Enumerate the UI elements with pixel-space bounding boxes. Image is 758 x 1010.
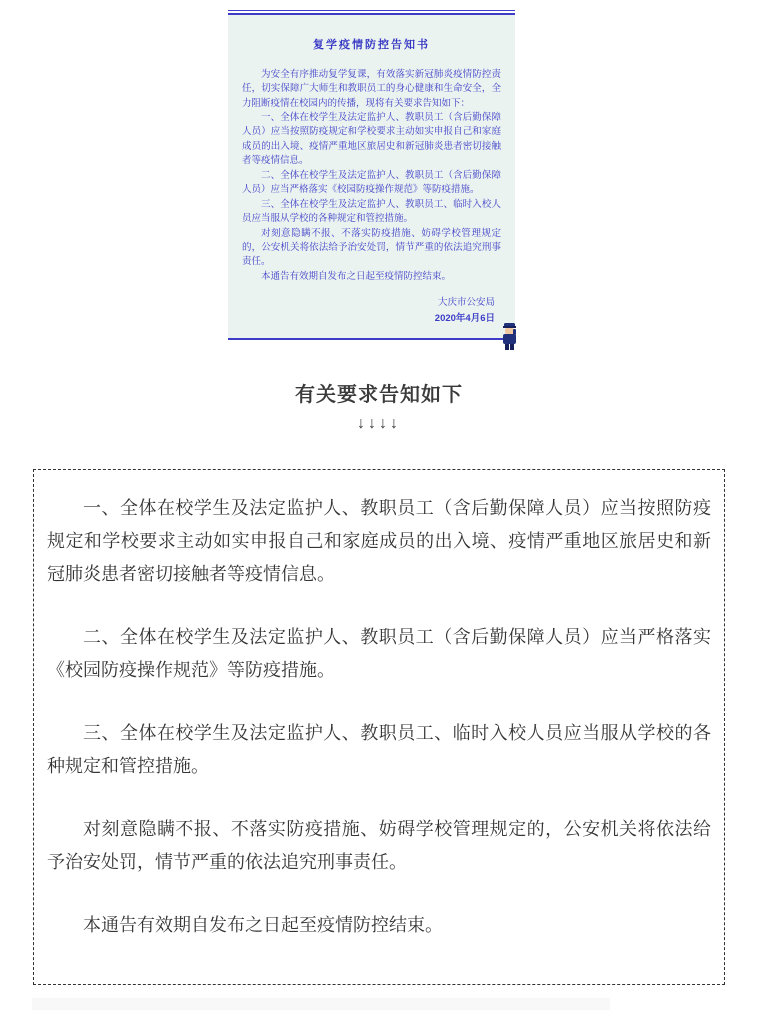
notice-paragraph: 一、全体在校学生及法定监护人、教职员工（含后勤保障人员）应当按照防疫规定和学校要…: [242, 111, 501, 169]
requirement-item: 本通告有效期自发布之日起至疫情防控结束。: [47, 909, 711, 942]
notice-paragraph: 本通告有效期自发布之日起至疫情防控结束。: [242, 270, 501, 284]
notice-paragraph: 三、全体在校学生及法定监护人、教职员工、临时入校人员应当服从学校的各种规定和管控…: [242, 198, 501, 227]
notice-date: 2020年4月6日: [242, 312, 495, 334]
notice-signature: 大庆市公安局: [242, 296, 495, 310]
section-head: 有关要求告知如下 ↓↓↓↓: [0, 378, 758, 433]
section-heading: 有关要求告知如下: [0, 378, 758, 407]
notice-card-body: 复学疫情防控告知书 为安全有序推动复学复课，有效落实新冠肺炎疫情防控责任，切实保…: [228, 15, 515, 340]
requirement-item: 三、全体在校学生及法定监护人、教职员工、临时入校人员应当服从学校的各种规定和管控…: [47, 717, 711, 783]
notice-paragraph: 二、全体在校学生及法定监护人、教职员工（含后勤保障人员）应当严格落实《校园防疫操…: [242, 169, 501, 198]
notice-paragraph: 对刻意隐瞒不报、不落实防疫措施、妨碍学校管理规定的，公安机关将依法给予治安处罚，…: [242, 227, 501, 270]
footer-bar: [32, 998, 610, 1010]
down-arrows-icon: ↓↓↓↓: [0, 415, 758, 433]
requirements-box: 一、全体在校学生及法定监护人、教职员工（含后勤保障人员）应当按照防疫规定和学校要…: [33, 469, 725, 984]
requirement-item: 二、全体在校学生及法定监护人、教职员工（含后勤保障人员）应当严格落实《校园防疫操…: [47, 621, 711, 687]
notice-title: 复学疫情防控告知书: [242, 37, 501, 54]
article-page: 复学疫情防控告知书 为安全有序推动复学复课，有效落实新冠肺炎疫情防控责任，切实保…: [0, 0, 758, 1010]
requirement-item: 一、全体在校学生及法定监护人、教职员工（含后勤保障人员）应当按照防疫规定和学校要…: [47, 492, 711, 591]
notice-card: 复学疫情防控告知书 为安全有序推动复学复课，有效落实新冠肺炎疫情防控责任，切实保…: [228, 10, 515, 340]
police-mascot-icon: [501, 321, 518, 350]
notice-paragraph: 为安全有序推动复学复课，有效落实新冠肺炎疫情防控责任，切实保障广大师生和教职员工…: [242, 68, 501, 111]
requirement-item: 对刻意隐瞒不报、不落实防疫措施、妨碍学校管理规定的，公安机关将依法给予治安处罚，…: [47, 813, 711, 879]
